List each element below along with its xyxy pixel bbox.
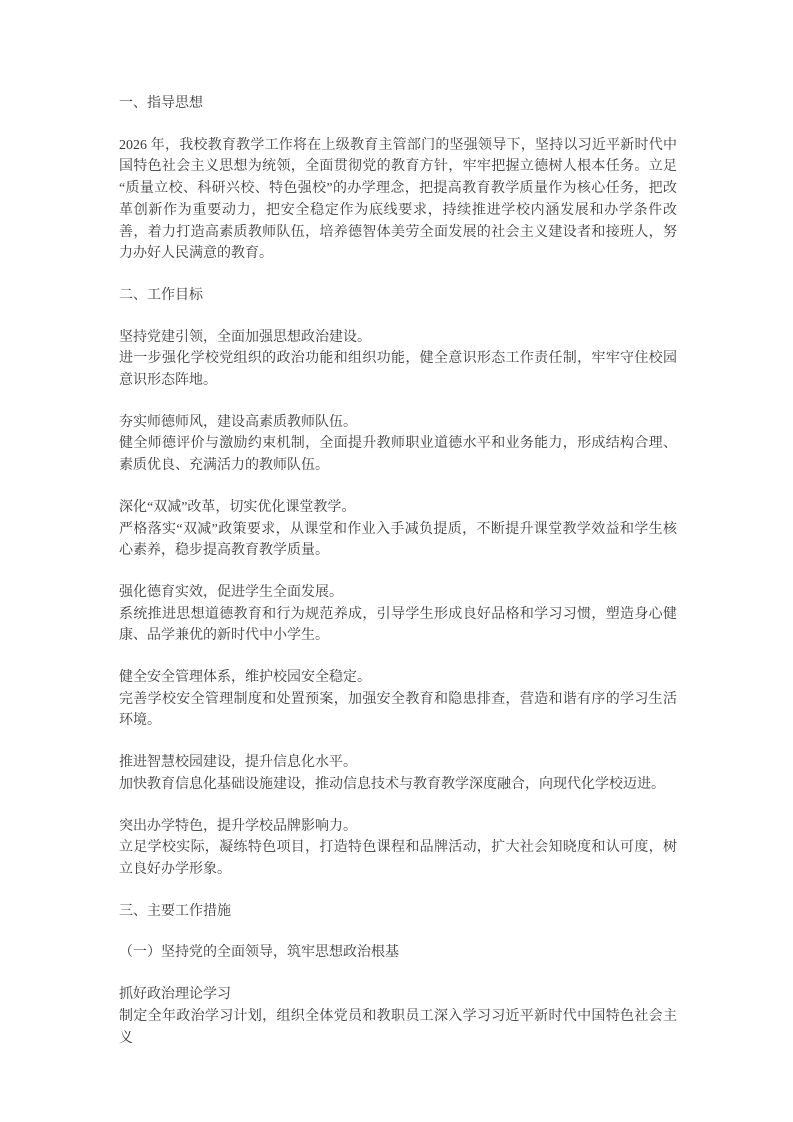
section-heading-1-text: 一、指导思想 — [119, 93, 677, 115]
goal-block-teacher-ethics: 夯实师德师风，建设高素质教师队伍。 健全师德评价与激励约束机制，全面提升教师职业… — [119, 412, 677, 477]
goal-description: 进一步强化学校党组织的政治功能和组织功能，健全意识形态工作责任制，牢牢守住校园意… — [119, 348, 677, 391]
section-heading-2: 二、工作目标 — [119, 285, 677, 307]
goal-title: 夯实师德师风，建设高素质教师队伍。 — [119, 412, 677, 434]
measure-title: 抓好政治理论学习 — [119, 984, 677, 1006]
goal-description: 立足学校实际，凝练特色项目，打造特色课程和品牌活动，扩大社会知晓度和认可度，树立… — [119, 837, 677, 880]
goal-block-moral-education: 强化德育实效，促进学生全面发展。 系统推进思想道德教育和行为规范养成，引导学生形… — [119, 582, 677, 647]
goal-block-smart-campus: 推进智慧校园建设，提升信息化水平。 加快教育信息化基础设施建设，推动信息技术与教… — [119, 752, 677, 795]
goal-description: 严格落实“双减”政策要求，从课堂和作业入手减负提质，不断提升课堂教学效益和学生核… — [119, 519, 677, 562]
section-heading-3-text: 三、主要工作措施 — [119, 901, 677, 923]
goal-description: 完善学校安全管理制度和处置预案，加强安全教育和隐患排查，营造和谐有序的学习生活环… — [119, 689, 677, 732]
measure-description: 制定全年政治学习计划，组织全体党员和教职员工深入学习习近平新时代中国特色社会主义 — [119, 1006, 677, 1049]
document-page: 一、指导思想 2026 年，我校教育教学工作将在上级教育主管部门的坚强领导下，坚… — [0, 0, 793, 1122]
goal-title: 坚持党建引领，全面加强思想政治建设。 — [119, 327, 677, 349]
goal-title: 深化“双减”改革，切实优化课堂教学。 — [119, 497, 677, 519]
intro-paragraph: 2026 年，我校教育教学工作将在上级教育主管部门的坚强领导下，坚持以习近平新时… — [119, 135, 677, 265]
subsection-heading-1-text: （一）坚持党的全面领导，筑牢思想政治根基 — [119, 942, 677, 964]
goal-description: 系统推进思想道德教育和行为规范养成，引导学生形成良好品格和学习习惯，塑造身心健康… — [119, 604, 677, 647]
measure-block-political-study: 抓好政治理论学习 制定全年政治学习计划，组织全体党员和教职员工深入学习习近平新时… — [119, 984, 677, 1049]
section-heading-2-text: 二、工作目标 — [119, 285, 677, 307]
subsection-heading-1: （一）坚持党的全面领导，筑牢思想政治根基 — [119, 942, 677, 964]
goal-block-school-brand: 突出办学特色，提升学校品牌影响力。 立足学校实际，凝练特色项目，打造特色课程和品… — [119, 816, 677, 881]
goal-description: 健全师德评价与激励约束机制，全面提升教师职业道德水平和业务能力，形成结构合理、素… — [119, 433, 677, 476]
goal-description: 加快教育信息化基础设施建设，推动信息技术与教育教学深度融合，向现代化学校迈进。 — [119, 774, 677, 796]
section-heading-3: 三、主要工作措施 — [119, 901, 677, 923]
intro-paragraph-text: 2026 年，我校教育教学工作将在上级教育主管部门的坚强领导下，坚持以习近平新时… — [119, 135, 677, 265]
goal-block-double-reduction: 深化“双减”改革，切实优化课堂教学。 严格落实“双减”政策要求，从课堂和作业入手… — [119, 497, 677, 562]
goal-block-safety-management: 健全安全管理体系，维护校园安全稳定。 完善学校安全管理制度和处置预案，加强安全教… — [119, 667, 677, 732]
goal-block-party-building: 坚持党建引领，全面加强思想政治建设。 进一步强化学校党组织的政治功能和组织功能，… — [119, 327, 677, 392]
goal-title: 突出办学特色，提升学校品牌影响力。 — [119, 816, 677, 838]
section-heading-1: 一、指导思想 — [119, 93, 677, 115]
goal-title: 健全安全管理体系，维护校园安全稳定。 — [119, 667, 677, 689]
goal-title: 强化德育实效，促进学生全面发展。 — [119, 582, 677, 604]
goal-title: 推进智慧校园建设，提升信息化水平。 — [119, 752, 677, 774]
